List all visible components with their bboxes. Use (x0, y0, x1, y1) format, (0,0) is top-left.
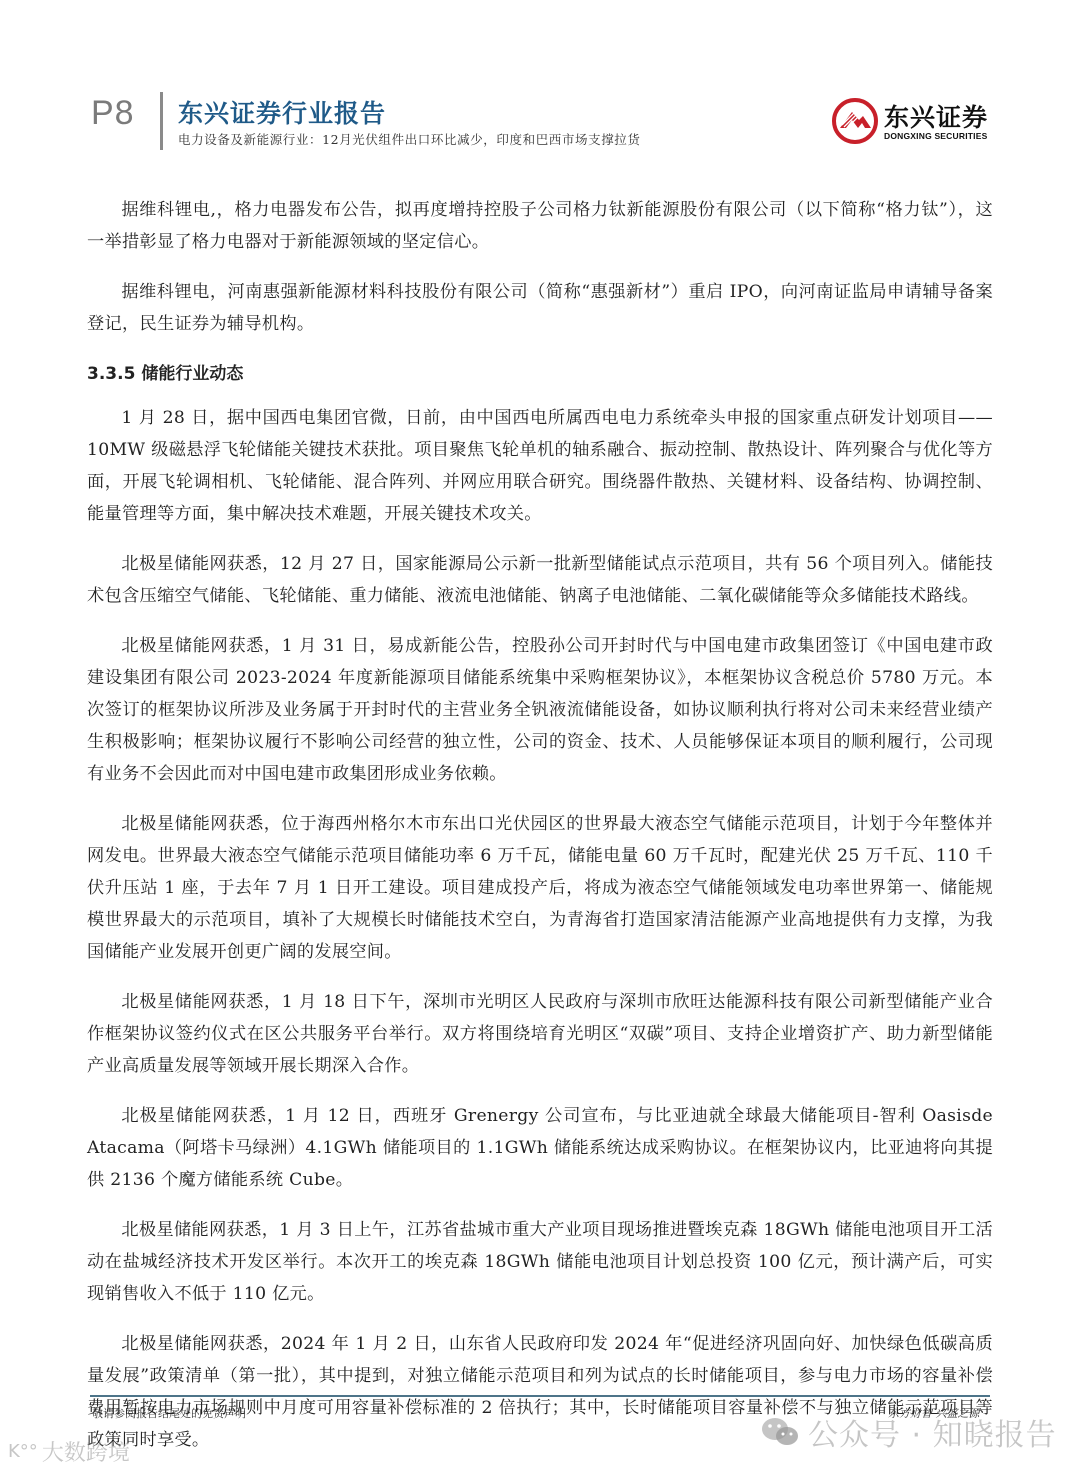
paragraph: 北极星储能网获悉，1 月 12 日，西班牙 Grenergy 公司宣布，与比亚迪… (87, 1100, 993, 1196)
report-title: 东兴证券行业报告 (178, 94, 386, 130)
bottom-left-watermark: K°° 大数跨境 (8, 1436, 130, 1466)
paragraph: 据维科锂电，河南惠强新能源材料科技股份有限公司（简称“惠强新材”）重启 IPO，… (87, 276, 993, 340)
brand-mark-icon: K°° (8, 1441, 38, 1462)
footer-disclaimer: 敬请参阅报告结尾处的免责声明 (92, 1405, 246, 1421)
section-heading: 3.3.5 储能行业动态 (87, 358, 993, 390)
footer-divider (90, 1395, 990, 1397)
report-body: 据维科锂电,，格力电器发布公告，拟再度增持控股子公司格力钛新能源股份有限公司（以… (87, 194, 993, 1466)
bottom-left-watermark-text: 大数跨境 (42, 1436, 130, 1466)
paragraph: 北极星储能网获悉，12 月 27 日，国家能源局公示新一批新型储能试点示范项目，… (87, 548, 993, 612)
report-subtitle: 电力设备及新能源行业：12月光伏组件出口环比减少，印度和巴西市场支撑拉货 (178, 130, 641, 148)
dongxing-logo: 东兴证券 DONGXING SECURITIES (832, 98, 992, 146)
paragraph: 北极星储能网获悉，1 月 18 日下午，深圳市光明区人民政府与深圳市欣旺达能源科… (87, 986, 993, 1082)
page-number: P8 (91, 94, 135, 133)
paragraph: 1 月 28 日，据中国西电集团官微，日前，由中国西电所属西电电力系统牵头申报的… (87, 402, 993, 530)
logo-english-name: DONGXING SECURITIES (884, 131, 987, 141)
wechat-watermark: 公众号 · 知晓报告 (760, 1410, 1057, 1454)
paragraph: 北极星储能网获悉，1 月 3 日上午，江苏省盐城市重大产业项目现场推进暨埃克森 … (87, 1214, 993, 1310)
wechat-watermark-text: 公众号 · 知晓报告 (808, 1410, 1057, 1454)
wechat-icon (760, 1416, 800, 1448)
paragraph: 北极星储能网获悉，位于海西州格尔木市东出口光伏园区的世界最大液态空气储能示范项目… (87, 808, 993, 968)
header-divider (160, 92, 163, 150)
logo-chinese-name: 东兴证券 (884, 98, 988, 134)
page-header: P8 东兴证券行业报告 电力设备及新能源行业：12月光伏组件出口环比减少，印度和… (0, 0, 1080, 160)
paragraph: 北极星储能网获悉，1 月 31 日，易成新能公告，控股孙公司开封时代与中国电建市… (87, 630, 993, 790)
dongxing-logo-icon (832, 98, 878, 144)
paragraph: 据维科锂电,，格力电器发布公告，拟再度增持控股子公司格力钛新能源股份有限公司（以… (87, 194, 993, 258)
